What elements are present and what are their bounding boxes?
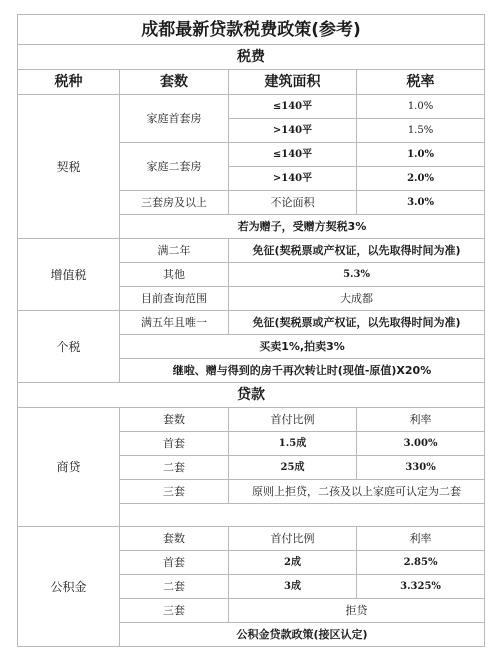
column-header-rate: 利率 (357, 408, 485, 432)
rate-cell: 2.85% (357, 551, 485, 575)
commercial-loan-label: 商贷 (18, 408, 120, 527)
area-cell: 不论面积 (229, 191, 357, 215)
down-payment-cell: 1.5成 (229, 432, 357, 456)
tax-column-header-row: 税种 套数 建筑面积 税率 (18, 70, 485, 95)
column-header-units: 套数 (120, 70, 229, 95)
table-row: 公积金 套数 首付比例 利率 (18, 527, 485, 551)
tier-cell: 二套 (120, 575, 229, 599)
rate-cell: 3.00% (357, 432, 485, 456)
condition-cell: 满二年 (120, 239, 229, 263)
third-plus-label: 三套房及以上 (120, 191, 229, 215)
value-cell: 免征(契税票或产权证，以先取得时间为准) (229, 239, 485, 263)
area-cell: ≤140平 (229, 95, 357, 119)
table-row: 增值税 满二年 免征(契税票或产权证，以先取得时间为准) (18, 239, 485, 263)
income-tax-note: 买卖1%,拍卖3% (120, 335, 485, 359)
column-header-tier: 套数 (120, 527, 229, 551)
value-cell: 免征(契税票或产权证，以先取得时间为准) (229, 311, 485, 335)
first-home-label: 家庭首套房 (120, 95, 229, 143)
loan-section-heading: 贷款 (18, 383, 485, 408)
value-cell: 拒贷 (229, 599, 485, 623)
gift-note: 若为赠子，受赠方契税3% (120, 215, 485, 239)
down-payment-cell: 2成 (229, 551, 357, 575)
table-row: 个税 满五年且唯一 免征(契税票或产权证，以先取得时间为准) (18, 311, 485, 335)
rate-cell: 3.325% (357, 575, 485, 599)
column-header-tier: 套数 (120, 408, 229, 432)
tier-cell: 三套 (120, 480, 229, 504)
area-cell: ≤140平 (229, 143, 357, 167)
rate-cell: 330% (357, 456, 485, 480)
provident-fund-label: 公积金 (18, 527, 120, 647)
down-payment-cell: 3成 (229, 575, 357, 599)
value-cell: 大成都 (229, 287, 485, 311)
rate-cell: 2.0% (357, 167, 485, 191)
policy-table: 成都最新贷款税费政策(参考) 税费 税种 套数 建筑面积 税率 契税 家庭首套房… (17, 14, 485, 647)
rate-cell: 1.0% (357, 95, 485, 119)
condition-cell: 满五年且唯一 (120, 311, 229, 335)
condition-cell: 目前查询范围 (120, 287, 229, 311)
table-row: 商贷 套数 首付比例 利率 (18, 408, 485, 432)
tier-cell: 二套 (120, 456, 229, 480)
table-row: 契税 家庭首套房 ≤140平 1.0% (18, 95, 485, 119)
condition-cell: 其他 (120, 263, 229, 287)
rate-cell: 3.0% (357, 191, 485, 215)
second-home-label: 家庭二套房 (120, 143, 229, 191)
provident-fund-note: 公积金贷款政策(接区认定) (120, 623, 485, 647)
tier-cell: 首套 (120, 432, 229, 456)
column-header-area: 建筑面积 (229, 70, 357, 95)
area-cell: >140平 (229, 119, 357, 143)
income-tax-note: 继啦、赠与得到的房千再次转让时(现值-原值)X20% (120, 359, 485, 383)
column-header-tax-type: 税种 (18, 70, 120, 95)
rate-cell: 1.0% (357, 143, 485, 167)
column-header-down-payment: 首付比例 (229, 527, 357, 551)
empty-cell (120, 504, 485, 527)
tax-section-heading: 税费 (18, 45, 485, 70)
down-payment-cell: 25成 (229, 456, 357, 480)
value-cell: 原则上拒贷，二孩及以上家庭可认定为二套 (229, 480, 485, 504)
column-header-rate: 利率 (357, 527, 485, 551)
tier-cell: 首套 (120, 551, 229, 575)
vat-label: 增值税 (18, 239, 120, 311)
rate-cell: 1.5% (357, 119, 485, 143)
column-header-down-payment: 首付比例 (229, 408, 357, 432)
deed-tax-label: 契税 (18, 95, 120, 239)
column-header-rate: 税率 (357, 70, 485, 95)
page-title: 成都最新贷款税费政策(参考) (18, 15, 485, 45)
income-tax-label: 个税 (18, 311, 120, 383)
tier-cell: 三套 (120, 599, 229, 623)
value-cell: 5.3% (229, 263, 485, 287)
area-cell: >140平 (229, 167, 357, 191)
